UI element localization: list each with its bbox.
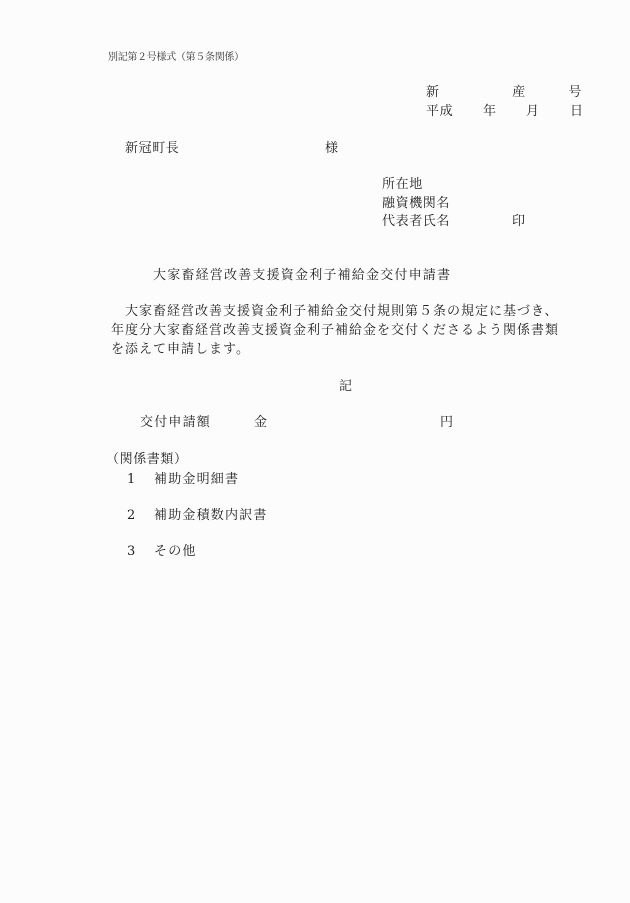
attachments-heading: （関係書類） (106, 451, 188, 469)
attachment-label: その他 (154, 543, 197, 561)
document-number: 新 産 号 (426, 84, 582, 102)
seal-mark: 印 (512, 213, 526, 231)
attachment-label: 補助金明細書 (154, 471, 239, 489)
attachment-item: 1 補助金明細書 (127, 471, 136, 489)
date-month: 月 (526, 103, 540, 121)
doc-number-middle: 産 (512, 84, 526, 102)
applicant-representative-label: 代表者氏名 (382, 213, 450, 231)
applicant-institution-label: 融資機関名 (382, 195, 450, 213)
amount-label: 交付申請額 (140, 414, 211, 432)
applicant-address-label: 所在地 (382, 176, 423, 194)
addressee-name: 新冠町長 (125, 140, 179, 158)
body-line-3: を添えて申請します。 (111, 341, 250, 359)
doc-number-suffix: 号 (568, 84, 582, 102)
attachment-number: 2 (127, 508, 136, 523)
date-day: 日 (570, 103, 584, 121)
body-line-2: 年度分大家畜経営改善支援資金利子補給金を交付くださるよう関係書類 (111, 322, 559, 340)
addressee-honorific: 様 (325, 140, 339, 158)
document-title: 大家畜経営改善支援資金利子補給金交付申請書 (153, 267, 451, 285)
form-label: 別記第２号様式（第５条関係） (108, 48, 244, 63)
amount-unit: 円 (440, 414, 454, 432)
body-line-1: 大家畜経営改善支援資金利子補給金交付規則第５条の規定に基づき、 (111, 303, 558, 321)
amount-prefix: 金 (254, 414, 268, 432)
document-date: 平成 年 月 日 (426, 103, 586, 121)
attachment-number: 1 (127, 472, 136, 487)
attachment-number: 3 (127, 544, 136, 559)
attachment-item: 3 その他 (127, 543, 136, 561)
ki-heading: 記 (339, 378, 353, 396)
attachment-label: 補助金積数内訳書 (154, 507, 268, 525)
doc-number-prefix: 新 (426, 84, 440, 102)
date-year: 年 (483, 103, 497, 121)
date-era: 平成 (426, 104, 453, 119)
attachment-item: 2 補助金積数内訳書 (127, 507, 136, 525)
